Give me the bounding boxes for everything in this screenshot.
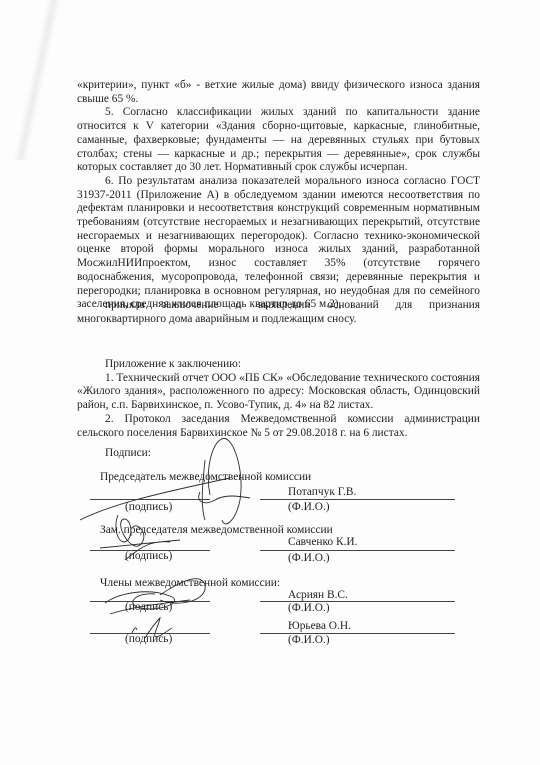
paper-crease [13,0,61,160]
paragraph-6: 6. По результатам анализа показателей мо… [77,175,480,312]
signature-caption: (подпись) [125,550,172,563]
conclusion-text: приняла заключение о выявлении оснований… [77,299,480,326]
signature-caption: (подпись) [125,501,172,514]
signature-row-deputy: Зам. председателя межведомственной комис… [100,524,480,584]
conclusion-block: приняла заключение о выявлении оснований… [77,299,480,326]
attachment-item-2: 2. Протокол заседания Межведомственной к… [77,413,480,440]
signature-caption: (подпись) [125,601,172,614]
role-label: Председатель межведомственной комиссии [100,471,311,484]
body-text: «критерии», пункт «б» - ветхие жилые дом… [77,79,480,312]
name-caption: (Ф.И.О.) [288,552,330,565]
name-line [260,499,455,500]
document-page: «критерии», пункт «б» - ветхие жилые дом… [0,0,540,765]
attachment-item-1: 1. Технический отчет ООО «ПБ СК» «Обслед… [77,372,480,413]
attachments-heading: Приложение к заключению: [77,358,480,372]
signature-line [90,499,210,500]
name-caption: (Ф.И.О.) [288,602,330,615]
name-line [260,550,455,551]
paragraph-criteria: «критерии», пункт «б» - ветхие жилые дом… [77,79,480,106]
person-name: Савченко К.И. [288,536,358,549]
name-caption: (Ф.И.О.) [288,634,330,647]
signature-caption: (подпись) [125,633,172,646]
signature-row-member-2: Юрьева О.Н. (подпись) (Ф.И.О.) [100,617,480,657]
role-label: Члены межведомственной комиссии: [100,577,280,590]
paragraph-5: 5. Согласно классификации жилых зданий п… [77,106,480,175]
attachments-block: Приложение к заключению: 1. Технический … [77,358,480,440]
person-name: Юрьева О.Н. [288,620,351,633]
signature-row-chairman: Председатель межведомственной комиссии П… [100,471,480,531]
person-name: Потапчук Г.В. [288,486,356,499]
signatures-heading: Подписи: [105,447,508,461]
name-caption: (Ф.И.О.) [288,501,330,514]
